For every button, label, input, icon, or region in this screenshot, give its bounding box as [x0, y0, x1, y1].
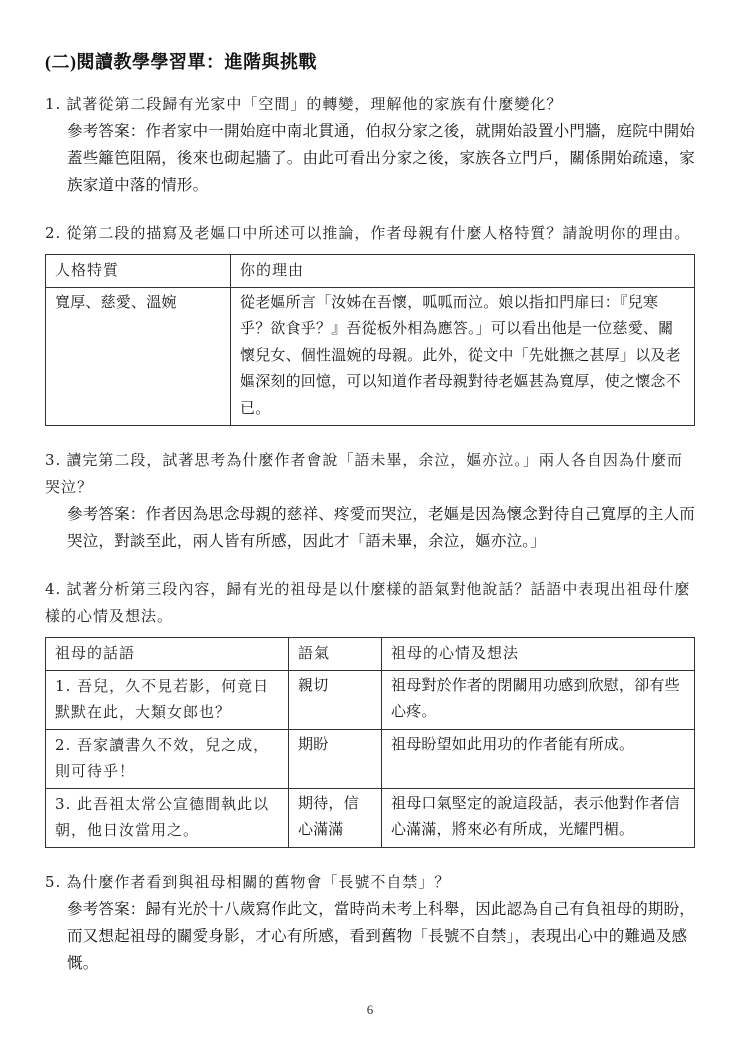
table-cell-feeling: 祖母對於作者的閉關用功感到欣慰，卻有些心疼。 [382, 670, 695, 729]
table-cell-tone: 期盼 [289, 729, 382, 788]
trait-reason-table: 人格特質 你的理由 寬厚、慈愛、溫婉 從老嫗所言「汝姊在吾懷，呱呱而泣。娘以指扣… [45, 254, 695, 426]
table-cell-feeling: 祖母盼望如此用功的作者能有所成。 [382, 729, 695, 788]
question-body: 為什麼作者看到與祖母相關的舊物會「長號不自禁」？ [66, 873, 450, 891]
question-body: 試著分析第三段內容，歸有光的祖母是以什麼樣的語氣對他說話？話語中表現出祖母什麼樣… [45, 580, 690, 625]
table-header-cell: 人格特質 [46, 255, 231, 288]
table-header-cell: 語氣 [289, 638, 382, 671]
question-body: 從第二段的描寫及老嫗口中所述可以推論，作者母親有什麼人格特質？請說明你的理由。 [66, 224, 690, 242]
table-row: 2. 吾家讀書久不效，兒之成，則可待乎！ 期盼 祖母盼望如此用功的作者能有所成。 [46, 729, 695, 788]
question-block-5: 5.為什麼作者看到與祖母相關的舊物會「長號不自禁」？ 參考答案：歸有光於十八歲寫… [45, 869, 697, 977]
table-cell-tone: 親切 [289, 670, 382, 729]
question-text: 2.從第二段的描寫及老嫗口中所述可以推論，作者母親有什麼人格特質？請說明你的理由… [45, 220, 697, 247]
page-title: (二)閱讀教學學習單：進階與挑戰 [45, 50, 697, 75]
table-cell-reason: 從老嫗所言「汝姊在吾懷，呱呱而泣。娘以指扣門扉曰：『兒寒乎？欲食乎？』吾從板外相… [231, 287, 695, 426]
question-number: 4. [45, 580, 61, 598]
grandmother-words-table: 祖母的話語 語氣 祖母的心情及想法 1. 吾兒，久不見若影，何竟日默默在此，大類… [45, 637, 695, 848]
table-row: 3. 此吾祖太常公宣德間執此以朝，他日汝當用之。 期待，信心滿滿 祖母口氣堅定的… [46, 788, 695, 847]
table-cell-feeling: 祖母口氣堅定的說這段話，表示他對作者信心滿滿，將來必有所成，光耀門楣。 [382, 788, 695, 847]
table-cell-words: 1. 吾兒，久不見若影，何竟日默默在此，大類女郎也？ [46, 670, 289, 729]
question-number: 1. [45, 95, 61, 113]
question-text: 5.為什麼作者看到與祖母相關的舊物會「長號不自禁」？ [45, 869, 697, 896]
question-text: 3.讀完第二段，試著思考為什麼作者會說「語未畢，余泣，嫗亦泣。」兩人各自因為什麼… [45, 447, 697, 501]
question-number: 3. [45, 451, 61, 469]
question-text: 4.試著分析第三段內容，歸有光的祖母是以什麼樣的語氣對他說話？話語中表現出祖母什… [45, 576, 697, 630]
table-cell-words: 3. 此吾祖太常公宣德間執此以朝，他日汝當用之。 [46, 788, 289, 847]
question-block-3: 3.讀完第二段，試著思考為什麼作者會說「語未畢，余泣，嫗亦泣。」兩人各自因為什麼… [45, 447, 697, 555]
table-header-row: 祖母的話語 語氣 祖母的心情及想法 [46, 638, 695, 671]
table-cell-tone: 期待，信心滿滿 [289, 788, 382, 847]
table-header-cell: 祖母的話語 [46, 638, 289, 671]
reference-answer: 參考答案：作者家中一開始庭中南北貫通，伯叔分家之後，就開始設置小門牆，庭院中開始… [67, 118, 697, 199]
question-number: 2. [45, 224, 61, 242]
question-body: 試著從第二段歸有光家中「空間」的轉變，理解他的家族有什麼變化？ [66, 95, 562, 113]
table-row: 1. 吾兒，久不見若影，何竟日默默在此，大類女郎也？ 親切 祖母對於作者的閉關用… [46, 670, 695, 729]
table-header-row: 人格特質 你的理由 [46, 255, 695, 288]
reference-answer: 參考答案：歸有光於十八歲寫作此文，當時尚未考上科舉，因此認為自己有負祖母的期盼，… [67, 896, 697, 977]
table-header-cell: 你的理由 [231, 255, 695, 288]
table-header-cell: 祖母的心情及想法 [382, 638, 695, 671]
question-block-2: 2.從第二段的描寫及老嫗口中所述可以推論，作者母親有什麼人格特質？請說明你的理由… [45, 220, 697, 426]
question-text: 1.試著從第二段歸有光家中「空間」的轉變，理解他的家族有什麼變化？ [45, 91, 697, 118]
table-cell-trait: 寬厚、慈愛、溫婉 [46, 287, 231, 426]
question-block-4: 4.試著分析第三段內容，歸有光的祖母是以什麼樣的語氣對他說話？話語中表現出祖母什… [45, 576, 697, 848]
page-number: 6 [0, 1002, 740, 1018]
table-cell-words: 2. 吾家讀書久不效，兒之成，則可待乎！ [46, 729, 289, 788]
reference-answer: 參考答案：作者因為思念母親的慈祥、疼愛而哭泣，老嫗是因為懷念對待自己寬厚的主人而… [67, 501, 697, 555]
question-block-1: 1.試著從第二段歸有光家中「空間」的轉變，理解他的家族有什麼變化？ 參考答案：作… [45, 91, 697, 199]
worksheet-page: (二)閱讀教學學習單：進階與挑戰 1.試著從第二段歸有光家中「空間」的轉變，理解… [0, 0, 740, 1046]
table-row: 寬厚、慈愛、溫婉 從老嫗所言「汝姊在吾懷，呱呱而泣。娘以指扣門扉曰：『兒寒乎？欲… [46, 287, 695, 426]
question-body: 讀完第二段，試著思考為什麼作者會說「語未畢，余泣，嫗亦泣。」兩人各自因為什麼而哭… [45, 451, 683, 496]
question-number: 5. [45, 873, 61, 891]
